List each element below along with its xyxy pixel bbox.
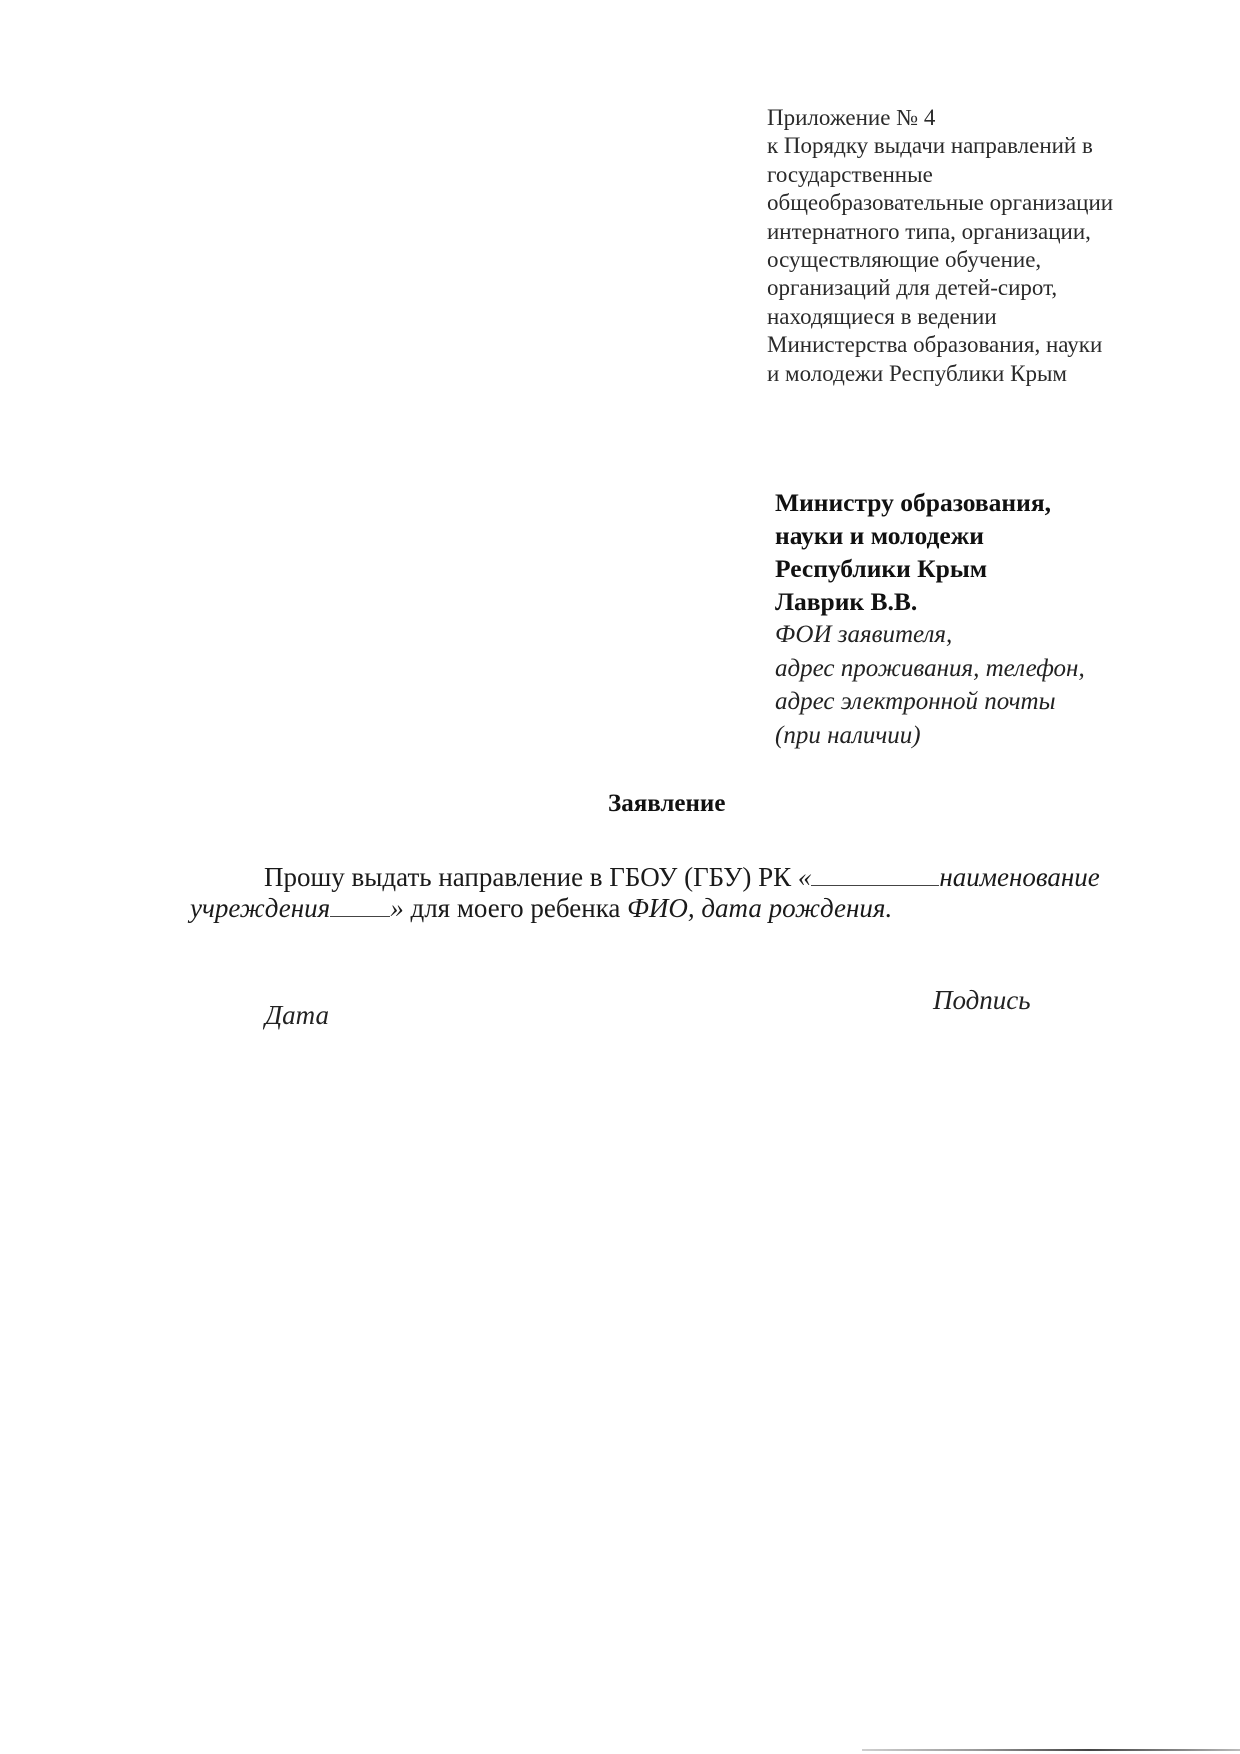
- applicant-placeholder: (при наличии): [775, 719, 1215, 753]
- signature-label: Подпись: [933, 985, 1031, 1016]
- request-text: Прошу выдать направление в ГБОУ (ГБУ) РК: [264, 862, 798, 892]
- applicant-placeholder: адрес проживания, телефон,: [775, 652, 1215, 686]
- request-body-line-1: Прошу выдать направление в ГБОУ (ГБУ) РК…: [264, 862, 1100, 893]
- child-placeholder: ФИО, дата рождения.: [627, 893, 892, 923]
- appendix-line: интернатного типа, организации,: [767, 218, 1207, 246]
- scan-edge-line: [862, 1749, 1240, 1751]
- appendix-line: государственные: [767, 161, 1207, 189]
- addressee-line: Республики Крым: [775, 552, 1215, 585]
- appendix-line: Министерства образования, науки: [767, 331, 1207, 359]
- appendix-line: организаций для детей-сирот,: [767, 274, 1207, 302]
- quote-open: «: [798, 862, 812, 892]
- applicant-placeholder: ФОИ заявителя,: [775, 618, 1215, 652]
- institution-placeholder: наименование: [939, 862, 1099, 892]
- date-label: Дата: [265, 1000, 329, 1031]
- addressee-line: науки и молодежи: [775, 519, 1215, 552]
- appendix-line: общеобразовательные организации: [767, 189, 1207, 217]
- fill-in-blank: [811, 884, 939, 886]
- addressee-name: Лаврик В.В.: [775, 585, 1215, 618]
- addressee-block: Министру образования, науки и молодежи Р…: [775, 486, 1215, 752]
- request-text: для моего ребенка: [404, 893, 627, 923]
- appendix-line: к Порядку выдачи направлений в: [767, 132, 1207, 160]
- appendix-line: и молодежи Республики Крым: [767, 360, 1207, 388]
- appendix-line: находящиеся в ведении: [767, 303, 1207, 331]
- document-title: Заявление: [608, 790, 725, 818]
- addressee-line: Министру образования,: [775, 486, 1215, 519]
- institution-placeholder: учреждения: [190, 893, 330, 923]
- quote-close: »: [390, 893, 404, 923]
- appendix-line: осуществляющие обучение,: [767, 246, 1207, 274]
- fill-in-blank: [330, 915, 390, 917]
- appendix-line: Приложение № 4: [767, 104, 1207, 132]
- request-body-line-2: учреждения» для моего ребенка ФИО, дата …: [190, 893, 892, 924]
- applicant-placeholder: адрес электронной почты: [775, 685, 1215, 719]
- appendix-header: Приложение № 4 к Порядку выдачи направле…: [767, 104, 1207, 388]
